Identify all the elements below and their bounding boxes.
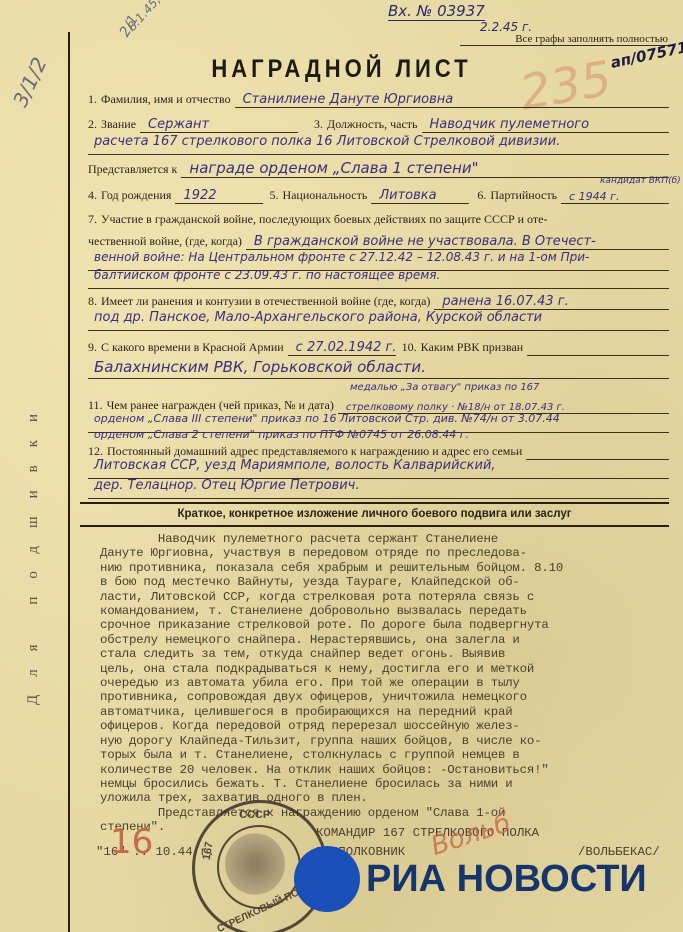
narrative-line: нию противника, показала себя храбрым и … (100, 561, 670, 575)
ria-novosti-watermark: РИА НОВОСТИ (294, 846, 647, 912)
war-participation-value: В гражданской войне не участвовала. В От… (246, 229, 669, 250)
field-label: Каким РВК призван (421, 340, 528, 356)
position-value: Наводчик пулеметного (422, 112, 670, 133)
narrative-text: Наводчик пулеметного расчета сержант Ста… (100, 532, 670, 835)
field-label: Фамилия, имя и отчество (101, 92, 235, 108)
instruction-text: Все графы заполнять полностью (460, 33, 668, 46)
field-home-address: 12. Постоянный домашний адрес представля… (88, 440, 669, 460)
conscription-value (527, 335, 669, 356)
party-value: с 1944 г. (561, 183, 669, 204)
field-birth-nationality-party: 4. Год рождения 1922 5. Национальность Л… (88, 184, 669, 204)
narrative-line: немцы бросились бежать. Т. Станелиене бр… (100, 777, 670, 791)
narrative-line: командованием, т. Станелиене добровольно… (100, 604, 670, 618)
war-participation-line-3: балтийском фронте с 23.09.43 г. по насто… (88, 268, 669, 289)
narrative-line: количестве 20 человек. На отклик наших б… (100, 763, 670, 777)
narrative-line: очередью из автомата убила его. При той … (100, 676, 670, 690)
field-number: 4. (88, 188, 101, 204)
field-wounds: 8. Имеет ли ранения и контузии в отечест… (88, 290, 669, 310)
field-number: 8. (88, 294, 101, 310)
birth-year-value: 1922 (175, 183, 263, 204)
field-previous-awards: 11. Чем ранее награжден (чей приказ, № и… (88, 394, 669, 414)
narrative-line: уложила трех, захватив одного в плен. (100, 791, 670, 805)
field-number: 6. (469, 188, 490, 204)
home-address-blank (526, 439, 669, 460)
ria-logo-icon (294, 846, 360, 912)
wounds-value: ранена 16.07.43 г. (434, 289, 669, 310)
incoming-date: 2.2.45 г. (480, 20, 532, 34)
page-title: НАГРАДНОЙ ЛИСТ (0, 54, 683, 84)
field-rank-position: 2. Звание Сержант 3. Должность, часть На… (88, 113, 669, 133)
field-label: Год рождения (101, 188, 175, 204)
pencil-date-number: 8.1.45, 02570 (125, 0, 192, 34)
field-full-name: 1. Фамилия, имя и отчество Станилиене Да… (88, 88, 669, 108)
red-date-mark: 16 (110, 822, 153, 862)
full-name-value: Станилиене Дануте Юргиовна (235, 87, 669, 108)
field-number: 9. (88, 340, 101, 356)
field-service-conscription: 9. С какого времени в Красной Армии с 27… (88, 336, 669, 356)
narrative-line: обстрелу немецкого снайпера. Нерастерявш… (100, 633, 670, 647)
field-presented-for: Представляется к награде орденом „Слава … (88, 158, 669, 178)
section-heading: Краткое, конкретное изложение личного бо… (80, 508, 669, 520)
field-number: 3. (298, 117, 327, 133)
field-number: 7. (88, 212, 101, 228)
section-divider-bottom (80, 525, 669, 527)
field-label: Должность, часть (327, 117, 421, 133)
field-number: 5. (263, 188, 282, 204)
binding-margin-line (68, 32, 70, 932)
narrative-line: Представляется к награждению орденом "Сл… (100, 806, 670, 820)
position-continuation: расчета 167 стрелкового полка 16 Литовск… (88, 134, 669, 155)
field-number: 2. (88, 117, 101, 133)
field-label: Звание (101, 117, 140, 133)
field-number: 1. (88, 92, 101, 108)
narrative-line: автоматчика, целившегося в пробирающихся… (100, 705, 670, 719)
narrative-line: офицеров. Когда передовой отряд перереза… (100, 719, 670, 733)
conscription-continuation: Балахнинским РВК, Горьковской области. (88, 358, 669, 379)
narrative-line: цель, она стала подкрадываться к нему, д… (100, 662, 670, 676)
narrative-line: Наводчик пулеметного расчета сержант Ста… (100, 532, 670, 546)
field-war-participation: 7. Участие в гражданской войне, последую… (88, 208, 669, 228)
ria-logo-text: РИА НОВОСТИ (366, 858, 647, 901)
rank-value: Сержант (140, 112, 298, 133)
narrative-line: ласти, Литовской ССР, когда стрелковая р… (100, 590, 670, 604)
narrative-line: ную дорогу Клайпеда-Тильзит, группа наши… (100, 734, 670, 748)
field-label: С какого времени в Красной Армии (101, 340, 288, 356)
narrative-line: стала следить за тем, откуда снайпер вед… (100, 647, 670, 661)
spine-label: Для подшивки (4, 300, 64, 800)
section-divider-top (80, 502, 669, 504)
field-war-participation-cont: чественной войне, (где, когда) В граждан… (88, 230, 669, 250)
field-label: Участие в гражданской войне, последующих… (101, 212, 551, 228)
home-address-line-1: Литовская ССР, уезд Мариямполе, волость … (88, 458, 669, 479)
home-address-line-2: дер. Телацнор. Отец Юргие Петрович. (88, 478, 669, 499)
previous-awards-note: медалью „За отвагу" приказ по 167 (350, 382, 539, 393)
incoming-number: Вх. № 03937 (388, 2, 485, 21)
service-since-value: с 27.02.1942 г. (288, 335, 396, 356)
field-label: Национальность (282, 188, 371, 204)
narrative-line: торых была и т. Станелиене, столкнулась … (100, 748, 670, 762)
field-label: Имеет ли ранения и контузии в отечествен… (101, 294, 434, 310)
spine-label-text: Для подшивки (26, 395, 43, 704)
award-value: награде орденом „Слава 1 степени" (181, 157, 669, 178)
field-number: 10. (396, 340, 421, 356)
narrative-line: в бою под местечко Вайнуты, уезда Таураг… (100, 575, 670, 589)
narrative-line: срочное приказание стрелковой роте. По д… (100, 618, 670, 632)
field-label: Представляется к (88, 162, 181, 178)
wounds-continuation: под др. Панское, Мало-Архангельского рай… (88, 310, 669, 331)
narrative-line: противника, сопровождая двух офицеров, у… (100, 690, 670, 704)
previous-awards-value: стрелковому полку · №18/н от 18.07.43 г. (338, 393, 669, 414)
stamp-emblem (225, 833, 285, 895)
field-label: чественной войне, (где, когда) (88, 234, 246, 250)
field-label: Партийность (490, 188, 561, 204)
stamp-top-text: СССР (239, 809, 270, 821)
narrative-line: Дануте Юргиовна, участвуя в передовом от… (100, 546, 670, 560)
nationality-value: Литовка (371, 183, 469, 204)
